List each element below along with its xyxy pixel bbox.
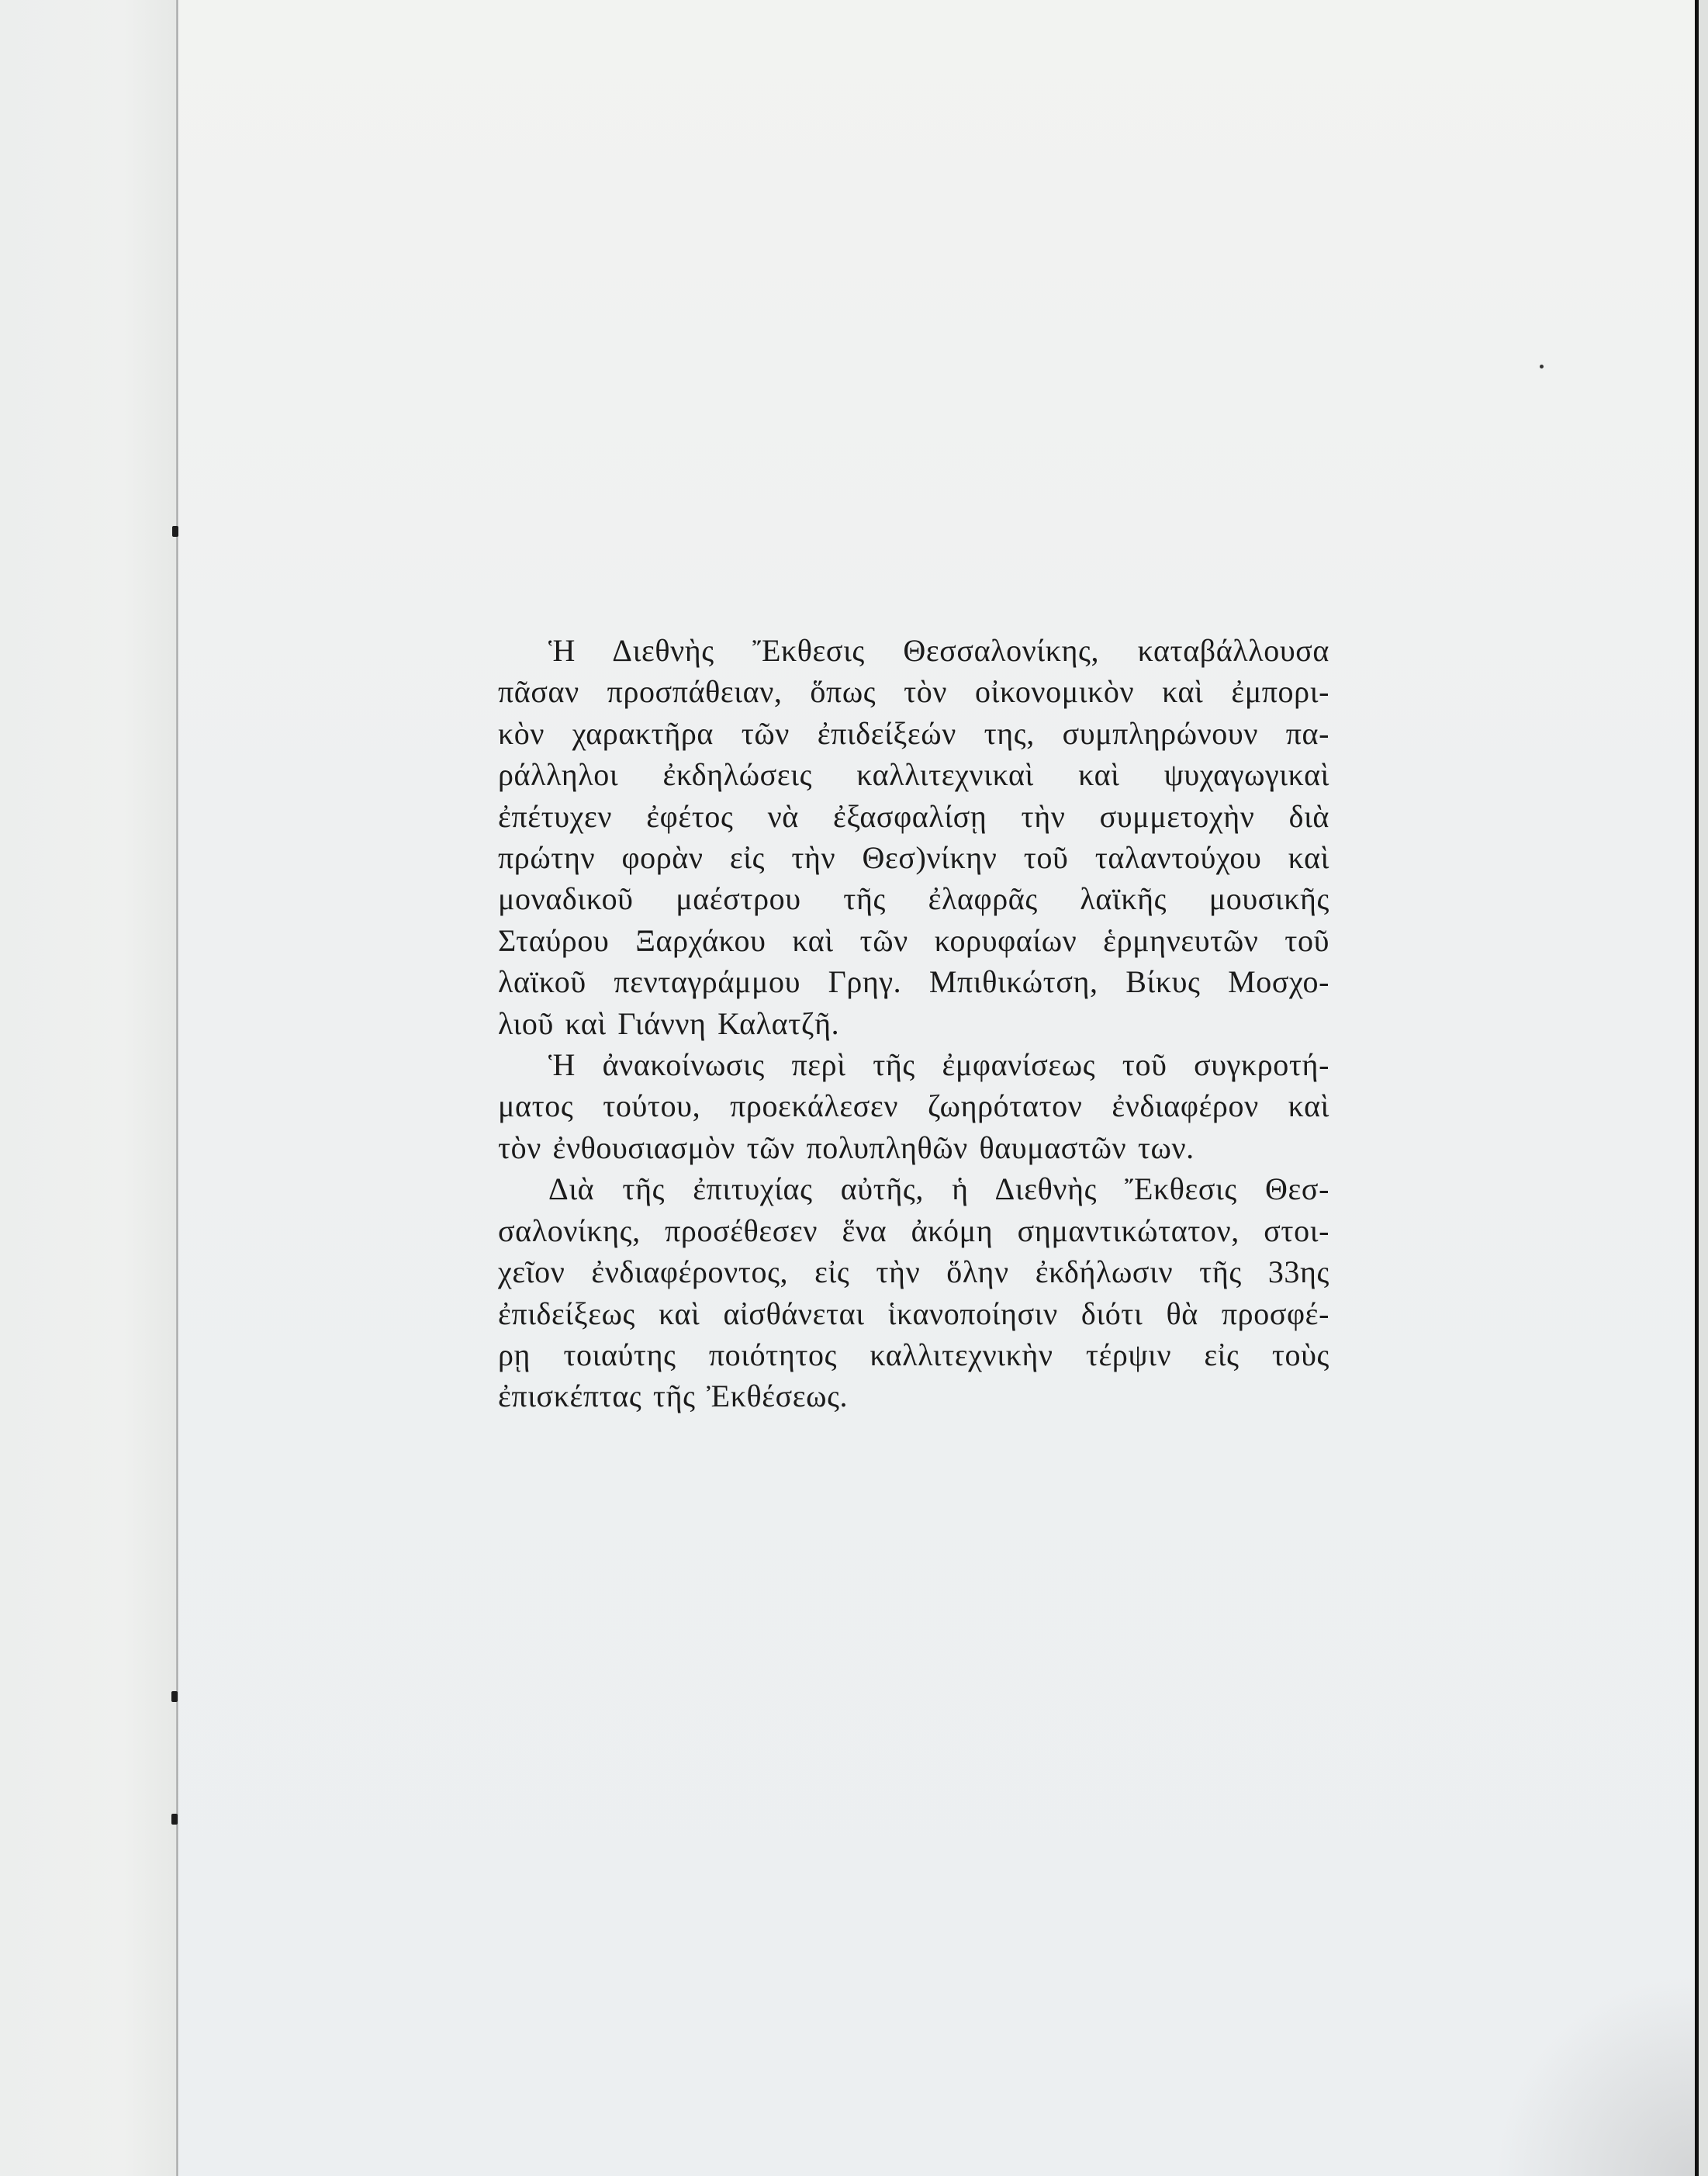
paper-speck xyxy=(1540,365,1544,368)
text-line: ρῃ τοιαύτης ποιότητος καλλιτεχνικὴν τέρψ… xyxy=(498,1334,1329,1375)
text-line: ἐπιδείξεως καὶ αἰσθάνεται ἱκανοποίησιν δ… xyxy=(498,1293,1329,1334)
text-line: ράλληλοι ἐκδηλώσεις καλλιτεχνικαὶ καὶ ψυ… xyxy=(498,754,1329,795)
scanned-page-spread: Ἡ Διεθνὴς Ἔκθεσις Θεσσαλονίκης, καταβάλλ… xyxy=(0,0,1708,2176)
text-line: Σταύρου Ξαρχάκου καὶ τῶν κορυφαίων ἑρμην… xyxy=(498,920,1329,961)
text-line: τὸν ἐνθουσιασμὸν τῶν πολυπληθῶν θαυμαστῶ… xyxy=(498,1127,1329,1168)
text-line: Ἡ Διεθνὴς Ἔκθεσις Θεσσαλονίκης, καταβάλλ… xyxy=(498,630,1329,671)
text-line: ματος τούτου, προεκάλεσεν ζωηρότατον ἐνδ… xyxy=(498,1085,1329,1126)
page-curl-shadow xyxy=(1495,1974,1696,2176)
text-line: Ἡ ἀνακοίνωσις περὶ τῆς ἐμφανίσεως τοῦ συ… xyxy=(498,1044,1329,1085)
text-line: ἐπέτυχεν ἐφέτος νὰ ἐξασφαλίσῃ τὴν συμμετ… xyxy=(498,796,1329,837)
text-line: μοναδικοῦ μαέστρου τῆς ἐλαφρᾶς λαϊκῆς μο… xyxy=(498,878,1329,919)
text-line: σαλονίκης, προσέθεσεν ἕνα ἀκόμη σημαντικ… xyxy=(498,1210,1329,1251)
text-line: χεῖον ἐνδιαφέροντος, εἰς τὴν ὅλην ἐκδήλω… xyxy=(498,1251,1329,1292)
binding-mark xyxy=(172,526,178,537)
paragraph-3: Διὰ τῆς ἐπιτυχίας αὐτῆς, ἡ Διεθνὴς Ἔκθεσ… xyxy=(498,1168,1329,1417)
binding-mark xyxy=(171,1814,178,1825)
body-text: Ἡ Διεθνὴς Ἔκθεσις Θεσσαλονίκης, καταβάλλ… xyxy=(498,630,1329,1417)
text-line: ἐπισκέπτας τῆς Ἐκθέσεως. xyxy=(498,1375,1329,1417)
paragraph-2: Ἡ ἀνακοίνωσις περὶ τῆς ἐμφανίσεως τοῦ συ… xyxy=(498,1044,1329,1168)
text-line: Διὰ τῆς ἐπιτυχίας αὐτῆς, ἡ Διεθνὴς Ἔκθεσ… xyxy=(498,1168,1329,1209)
text-line: κὸν χαρακτῆρα τῶν ἐπιδείξεών της, συμπλη… xyxy=(498,713,1329,754)
binding-mark xyxy=(171,1691,178,1702)
text-line: πρώτην φορὰν εἰς τὴν Θεσ)νίκην τοῦ ταλαν… xyxy=(498,837,1329,878)
background-strip xyxy=(1699,0,1708,2176)
text-line: λιοῦ καὶ Γιάννη Καλατζῆ. xyxy=(498,1003,1329,1044)
text-line: λαϊκοῦ πενταγράμμου Γρηγ. Μπιθικώτση, Βί… xyxy=(498,961,1329,1002)
paragraph-1: Ἡ Διεθνὴς Ἔκθεσις Θεσσαλονίκης, καταβάλλ… xyxy=(498,630,1329,1044)
left-page-edge xyxy=(0,0,177,2176)
text-line: πᾶσαν προσπάθειαν, ὅπως τὸν οἰκονομικὸν … xyxy=(498,671,1329,712)
